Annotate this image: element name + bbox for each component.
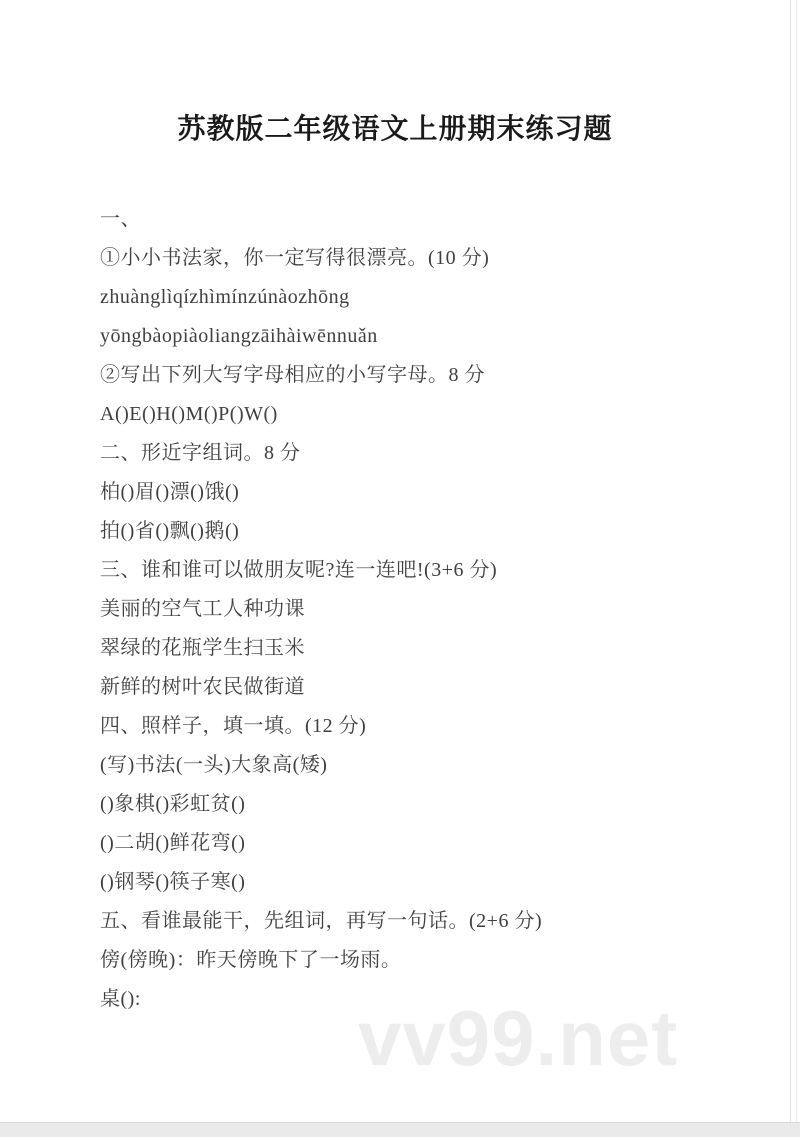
document-line: A()E()H()M()P()W() bbox=[100, 395, 720, 434]
document-line: 翠绿的花瓶学生扫玉米 bbox=[100, 629, 720, 668]
document-line: 四、照样子，填一填。(12 分) bbox=[100, 707, 720, 746]
document-line: 桌(): bbox=[100, 980, 720, 1019]
document-line: ()象棋()彩虹贫() bbox=[100, 785, 720, 824]
document-page: vv99.net 苏教版二年级语文上册期末练习题 一、①小小书法家，你一定写得很… bbox=[0, 0, 790, 1122]
document-line: ②写出下列大写字母相应的小写字母。8 分 bbox=[100, 356, 720, 395]
document-line: zhuànglìqízhìmínzúnàozhōng bbox=[100, 278, 720, 317]
document-line: 二、形近字组词。8 分 bbox=[100, 434, 720, 473]
document-line: ()钢琴()筷子寒() bbox=[100, 863, 720, 902]
page-bottom-gutter bbox=[0, 1122, 800, 1137]
document-line: ①小小书法家，你一定写得很漂亮。(10 分) bbox=[100, 239, 720, 278]
page-right-edge bbox=[790, 0, 791, 1122]
document-line: ()二胡()鲜花弯() bbox=[100, 824, 720, 863]
document-line: 美丽的空气工人种功课 bbox=[100, 590, 720, 629]
document-line: 傍(傍晚)：昨天傍晚下了一场雨。 bbox=[100, 941, 720, 980]
document-line: 三、谁和谁可以做朋友呢?连一连吧!(3+6 分) bbox=[100, 551, 720, 590]
document-line: 拍()省()飘()鹅() bbox=[100, 512, 720, 551]
document-line: 五、看谁最能干，先组词，再写一句话。(2+6 分) bbox=[100, 902, 720, 941]
document-line: 柏()眉()漂()饿() bbox=[100, 473, 720, 512]
document-body: 一、①小小书法家，你一定写得很漂亮。(10 分)zhuànglìqízhìmín… bbox=[100, 200, 720, 1019]
document-title: 苏教版二年级语文上册期末练习题 bbox=[0, 107, 790, 147]
document-line: (写)书法(一头)大象高(矮) bbox=[100, 746, 720, 785]
page-right-edge-outer bbox=[796, 0, 797, 1122]
document-line: 新鲜的树叶农民做街道 bbox=[100, 668, 720, 707]
document-line: 一、 bbox=[100, 200, 720, 239]
document-line: yōngbàopiàoliangzāihàiwēnnuǎn bbox=[100, 317, 720, 356]
